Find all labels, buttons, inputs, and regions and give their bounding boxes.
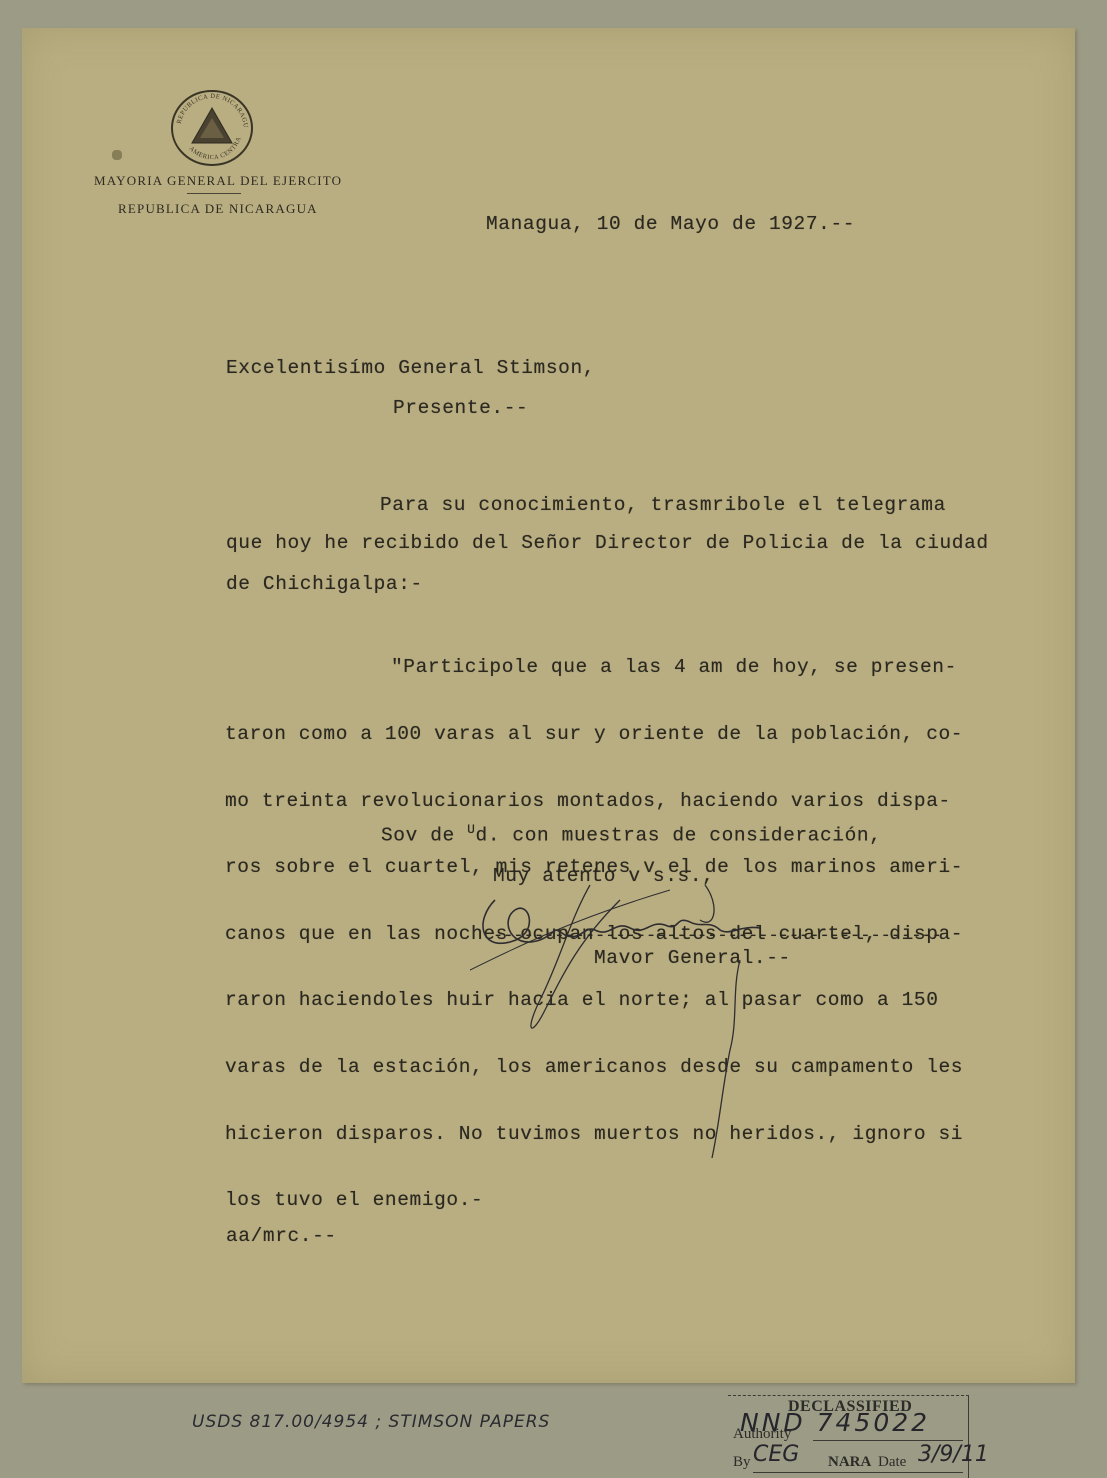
intro-line-3: de Chichigalpa:- [226, 573, 423, 595]
declassified-stamp: DECLASSIFIED Authority NND 745022 By CEG… [728, 1395, 969, 1478]
stamp-date-value: 3/9/11 [918, 1442, 989, 1467]
stamp-authority-value: NND 745022 [740, 1408, 930, 1437]
ink-stain [112, 150, 122, 160]
closing-line-1: Sov de Ud. con muestras de consideración… [381, 822, 882, 847]
intro-line-2: que hoy he recibido del Señor Director d… [226, 532, 989, 554]
stamp-nara-label: NARA [828, 1454, 871, 1471]
telegram-line: los tuvo el enemigo.- [225, 1189, 963, 1211]
closing-text: d. con muestras de consideración, [476, 825, 882, 847]
telegram-line: "Participole que a las 4 am de hoy, se p… [225, 656, 963, 678]
letterhead-line-1: MAYORIA GENERAL DEL EJERCITO [94, 173, 342, 189]
closing-superscript: U [467, 822, 475, 837]
closing-text: Sov de [381, 825, 467, 847]
stamp-rule [753, 1472, 963, 1473]
stamp-by-value: CEG [753, 1442, 799, 1467]
handwritten-signature [470, 880, 790, 1160]
nicaragua-seal-icon: REPUBLICA DE NICARAGUA AMERICA CENTRAL [168, 88, 256, 168]
intro-line-1: Para su conocimiento, trasmribole el tel… [380, 494, 946, 516]
signer-title: Mavor General.-- [594, 947, 791, 969]
addressee: Excelentisímo General Stimson, [226, 357, 595, 379]
stamp-date-label: Date [878, 1454, 906, 1471]
presente: Presente.-- [393, 397, 528, 419]
stamp-rule [813, 1440, 963, 1441]
reference-initials: aa/mrc.-- [226, 1225, 337, 1247]
letterhead-rule [187, 193, 241, 194]
telegram-line: taron como a 100 varas al sur y oriente … [225, 723, 963, 745]
telegram-line: mo treinta revolucionarios montados, hac… [225, 790, 963, 812]
date-line: Managua, 10 de Mayo de 1927.-- [486, 213, 855, 235]
letterhead-line-2: REPUBLICA DE NICARAGUA [118, 201, 318, 217]
stamp-by-label: By [733, 1454, 751, 1471]
archive-note: USDS 817.00/4954 ; STIMSON PAPERS [192, 1412, 550, 1432]
